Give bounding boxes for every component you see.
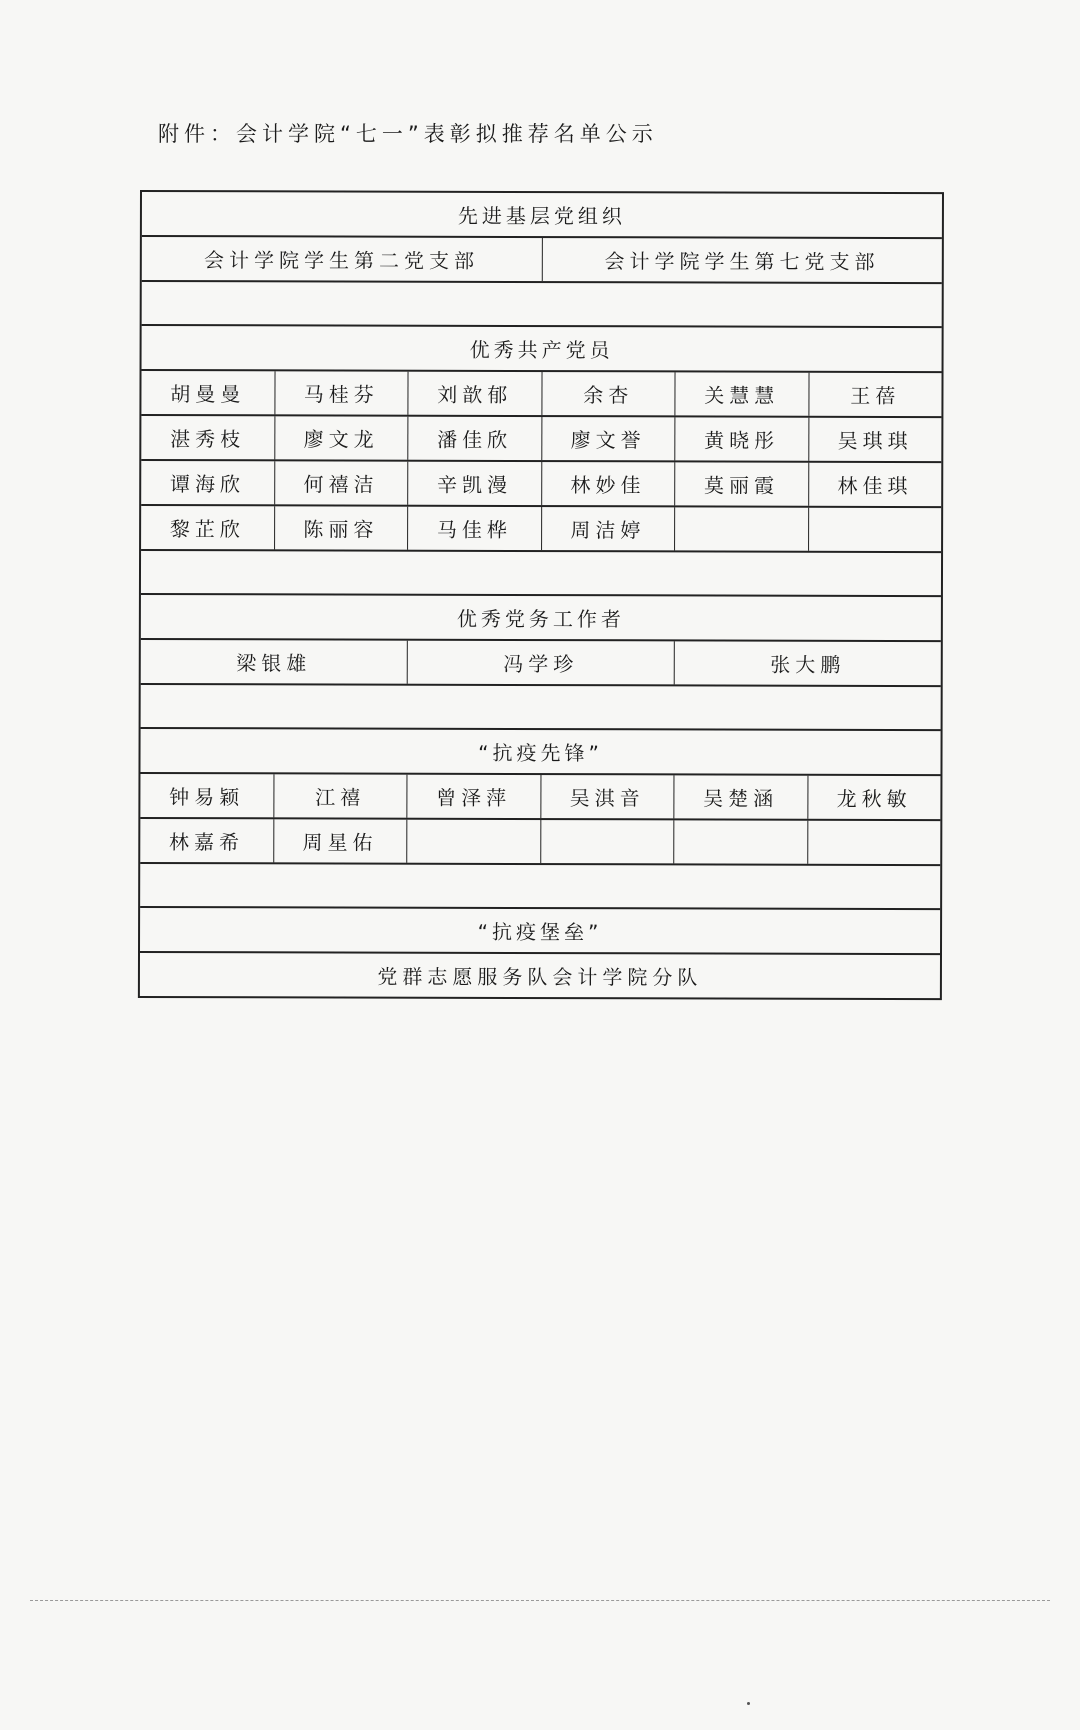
- name-cell: [541, 820, 675, 863]
- blank-row: [141, 551, 941, 597]
- table-row: 会计学院学生第二党支部 会计学院学生第七党支部: [142, 237, 942, 284]
- section-title-row: 优秀共产党员: [142, 326, 942, 373]
- name-cell: 陈丽容: [275, 506, 409, 549]
- name-cell: 潘佳欣: [408, 417, 542, 460]
- name-cell: 梁银雄: [141, 640, 408, 684]
- section-title-row: 优秀党务工作者: [141, 595, 941, 642]
- name-cell: 辛凯漫: [408, 462, 542, 505]
- table-row: 胡曼曼 马桂芬 刘歆郁 余杏 关慧慧 王蓓: [141, 371, 941, 418]
- name-cell: 黄晓彤: [675, 417, 809, 460]
- name-cell: 林妙佳: [542, 462, 676, 505]
- table-row: 林嘉希 周星佑: [140, 819, 940, 866]
- table-row: 梁银雄 冯学珍 张大鹏: [141, 640, 941, 687]
- table-row: 谭海欣 何禧洁 辛凯漫 林妙佳 莫丽霞 林佳琪: [141, 461, 941, 508]
- name-cell: [675, 507, 809, 550]
- name-cell: 吴楚涵: [674, 775, 808, 818]
- name-cell: 余杏: [542, 372, 676, 415]
- name-cell: 廖文龙: [275, 416, 409, 459]
- name-cell: 周星佑: [274, 819, 408, 862]
- document-caption: 附件：会计学院“七一”表彰拟推荐名单公示: [158, 118, 658, 148]
- org-cell: 会计学院学生第七党支部: [542, 238, 942, 282]
- name-cell: 冯学珍: [408, 641, 675, 685]
- blank-row: [142, 282, 942, 328]
- section-title-row: 先进基层党组织: [142, 192, 942, 239]
- name-cell: 林嘉希: [140, 819, 274, 862]
- name-cell: 黎芷欣: [141, 506, 275, 549]
- table-row: 湛秀枝 廖文龙 潘佳欣 廖文誉 黄晓彤 吴琪琪: [141, 416, 941, 463]
- name-cell: 莫丽霞: [675, 462, 809, 505]
- table-row: 黎芷欣 陈丽容 马佳桦 周洁婷: [141, 506, 941, 553]
- name-cell: 曾泽萍: [407, 775, 541, 818]
- table-row: 党群志愿服务队会计学院分队: [140, 953, 940, 998]
- name-cell: 胡曼曼: [141, 371, 275, 414]
- name-cell: [407, 820, 541, 863]
- name-cell: 吴淇音: [541, 775, 675, 818]
- name-cell: 刘歆郁: [408, 372, 542, 415]
- page-edge-line: [30, 1600, 1050, 1601]
- section-title-row: “抗疫先锋”: [140, 729, 940, 776]
- name-cell: 龙秋敏: [808, 776, 941, 819]
- name-cell: 谭海欣: [141, 461, 275, 504]
- section-title: “抗疫先锋”: [140, 729, 940, 774]
- document-page: 附件：会计学院“七一”表彰拟推荐名单公示 先进基层党组织 会计学院学生第二党支部…: [0, 0, 1080, 1730]
- name-cell: 江禧: [274, 774, 408, 817]
- name-cell: 湛秀枝: [141, 416, 275, 459]
- blank-row: [140, 864, 940, 910]
- scan-speck: [747, 1702, 750, 1705]
- name-cell: 吴琪琪: [809, 418, 942, 461]
- blank-row: [141, 685, 941, 731]
- table-row: 钟易颖 江禧 曾泽萍 吴淇音 吴楚涵 龙秋敏: [140, 774, 940, 821]
- name-cell: 钟易颖: [140, 774, 274, 817]
- name-cell: 张大鹏: [675, 641, 941, 685]
- section-title: 先进基层党组织: [142, 192, 942, 237]
- recommendation-table: 先进基层党组织 会计学院学生第二党支部 会计学院学生第七党支部 优秀共产党员 胡…: [138, 190, 944, 1000]
- name-cell: 关慧慧: [675, 372, 809, 415]
- org-cell: 党群志愿服务队会计学院分队: [140, 953, 940, 998]
- name-cell: 马桂芬: [275, 371, 409, 414]
- section-title: 优秀共产党员: [142, 326, 942, 371]
- name-cell: 林佳琪: [809, 463, 942, 506]
- section-title-row: “抗疫堡垒”: [140, 908, 940, 955]
- name-cell: 何禧洁: [275, 461, 409, 504]
- name-cell: 廖文誉: [542, 417, 676, 460]
- section-title: 优秀党务工作者: [141, 595, 941, 640]
- name-cell: [808, 821, 941, 864]
- name-cell: 王蓓: [809, 373, 942, 416]
- section-title: “抗疫堡垒”: [140, 908, 940, 953]
- org-cell: 会计学院学生第二党支部: [142, 237, 543, 281]
- name-cell: 马佳桦: [408, 507, 542, 550]
- name-cell: [809, 508, 942, 551]
- name-cell: [674, 820, 808, 863]
- name-cell: 周洁婷: [542, 507, 676, 550]
